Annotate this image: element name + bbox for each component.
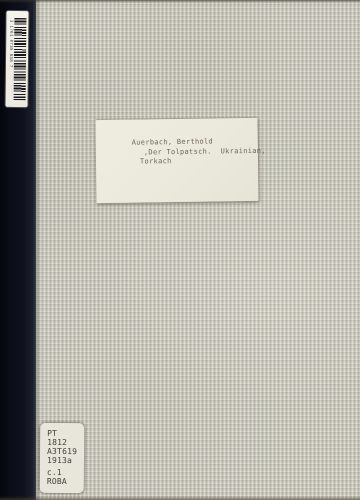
- transliterated-title-line: Torkach: [132, 156, 258, 167]
- barcode-sticker: 3 1761 0735 838 7: [5, 11, 28, 107]
- call-number-library: ROBA: [47, 477, 84, 486]
- typed-catalog-label: Auerbach, Berthold ,Der Tolpatsch. Ukrai…: [95, 118, 258, 203]
- call-number-copy: c.1: [47, 468, 84, 477]
- call-number-year: 1913a: [47, 456, 84, 465]
- title-line: ,Der Tolpatsch. Ukrainian,: [132, 146, 258, 157]
- call-number-class: PT: [47, 429, 84, 438]
- barcode-icon: [14, 18, 27, 100]
- bottom-edge-shadow: [0, 496, 360, 500]
- call-number-label: PT 1812 A3T619 1913a c.1 ROBA: [40, 423, 84, 493]
- book-cover: 3 1761 0735 838 7 Auerbach, Berthold ,De…: [0, 0, 360, 500]
- call-number-cutter: A3T619: [47, 447, 84, 456]
- top-edge-shadow: [0, 0, 360, 3]
- call-number-number: 1812: [47, 438, 84, 447]
- barcode-number: 3 1761 0735 838 7: [9, 20, 13, 68]
